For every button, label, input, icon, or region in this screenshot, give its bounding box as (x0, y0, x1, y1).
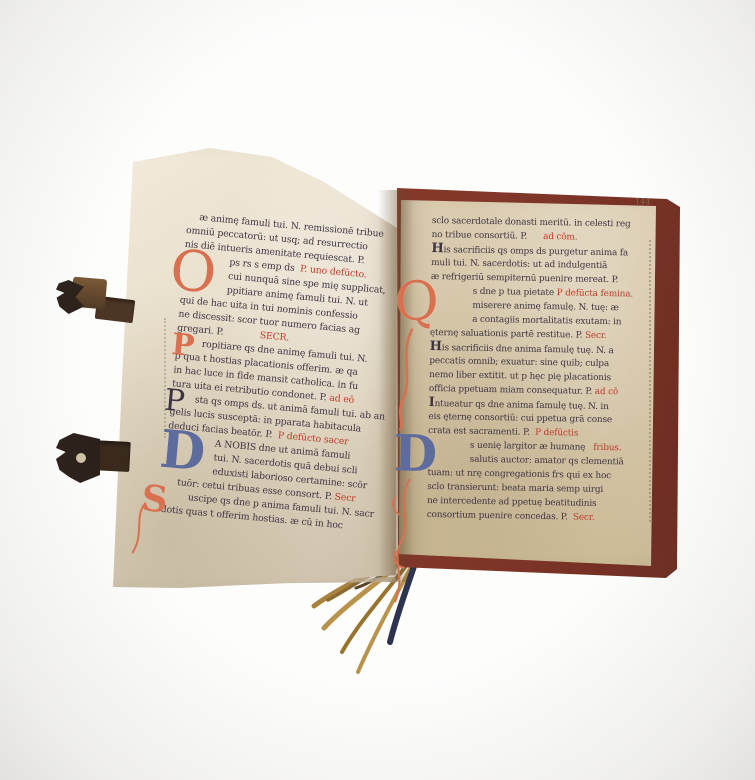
drop-cap-S: S (140, 484, 169, 515)
cover-edge-highlight (402, 185, 672, 196)
q-tail-flourish (390, 325, 420, 433)
drop-cap-P: P (164, 389, 186, 415)
clasp-upper (56, 268, 138, 340)
text-run-ink: s uenię largitor æ humanę (470, 441, 594, 453)
text-run-red: Secr. (573, 513, 595, 523)
text-run-ink: officia ppetuam miam consequatur. P. (429, 384, 595, 397)
d-initial-flourish (385, 475, 421, 606)
drop-cap-O: O (168, 249, 218, 298)
text-run-ink: sclo transierunt: beata maria semp uirgi (427, 482, 603, 495)
text-run-red: ad cō (595, 387, 619, 397)
text-run-ink: salutis auctor: amator qs clementiā (470, 455, 624, 468)
text-run-ink: s dne p tua pietate (473, 287, 557, 298)
drop-cap-P: P (171, 333, 196, 359)
text-run-cap: H (431, 241, 443, 256)
text-run-red: P defūcta femina. (557, 288, 634, 299)
manuscript-photo: 144 æ animę famuli tui. N. remissionē tr… (0, 0, 755, 780)
text-run-ink: eis ęternę consortiū: cui ppetua grā con… (428, 412, 612, 425)
drop-cap-D: D (158, 429, 207, 475)
text-run-ink: sclo sacerdotale donasti meritū. in cele… (432, 216, 631, 229)
text-run-ink: no tribue consortiū. P. (432, 230, 544, 242)
text-run-ink: æ refrigeriū sempiternū puenire mereat. … (431, 272, 619, 285)
open-manuscript-book: 144 æ animę famuli tui. N. remissionē tr… (60, 140, 710, 615)
text-run-red: Secr. (585, 331, 607, 341)
text-run-ink: tuam: ut nrę congregationis frs qui ex h… (427, 468, 611, 481)
text-run-red: ad eō (329, 393, 355, 406)
text-run-red: fribus. (593, 443, 621, 453)
text-run-ink: peccatis omnib; exuatur: sine quib; culp… (429, 356, 609, 369)
clasp-lower (54, 423, 136, 499)
text-run-ink: muli tui. N. sacerdotis: ut ad indulgent… (431, 258, 607, 271)
text-run-ink: crata est sacramenti. P. (428, 426, 535, 438)
left-page-lines: æ animę famuli tui. N. remissionē tribue… (160, 210, 407, 537)
text-run-red: SECR. (259, 330, 289, 344)
text-run-red: Secr (334, 491, 356, 504)
drop-cap-D: D (393, 433, 437, 474)
folio-number: 144 (635, 198, 651, 207)
text-run-ink: ne intercedente ad ppetuę beatitudinis (427, 496, 597, 509)
drop-cap-Q: Q (394, 279, 439, 323)
text-run-red: P defūctis (535, 428, 578, 439)
text-run-ink: ęternę saluationis partē restitue. P. (430, 328, 585, 341)
clasp-hole (76, 453, 86, 463)
right-page-lines: sclo sacerdotale donasti meritū. in cele… (427, 214, 660, 526)
text-run-red: ad cōm. (543, 232, 577, 243)
text-run-cap: H (430, 339, 442, 354)
text-run-ink: consortium puenire concedas. P. (427, 510, 573, 523)
text-run-ink: a contagiis mortalitatis exutam: in (472, 315, 621, 328)
text-run-ink: miserere animę famulę. N. tuę: æ (472, 301, 619, 314)
text-run-ink: nemo liber extitit. ut p hęc pię placati… (429, 370, 611, 383)
